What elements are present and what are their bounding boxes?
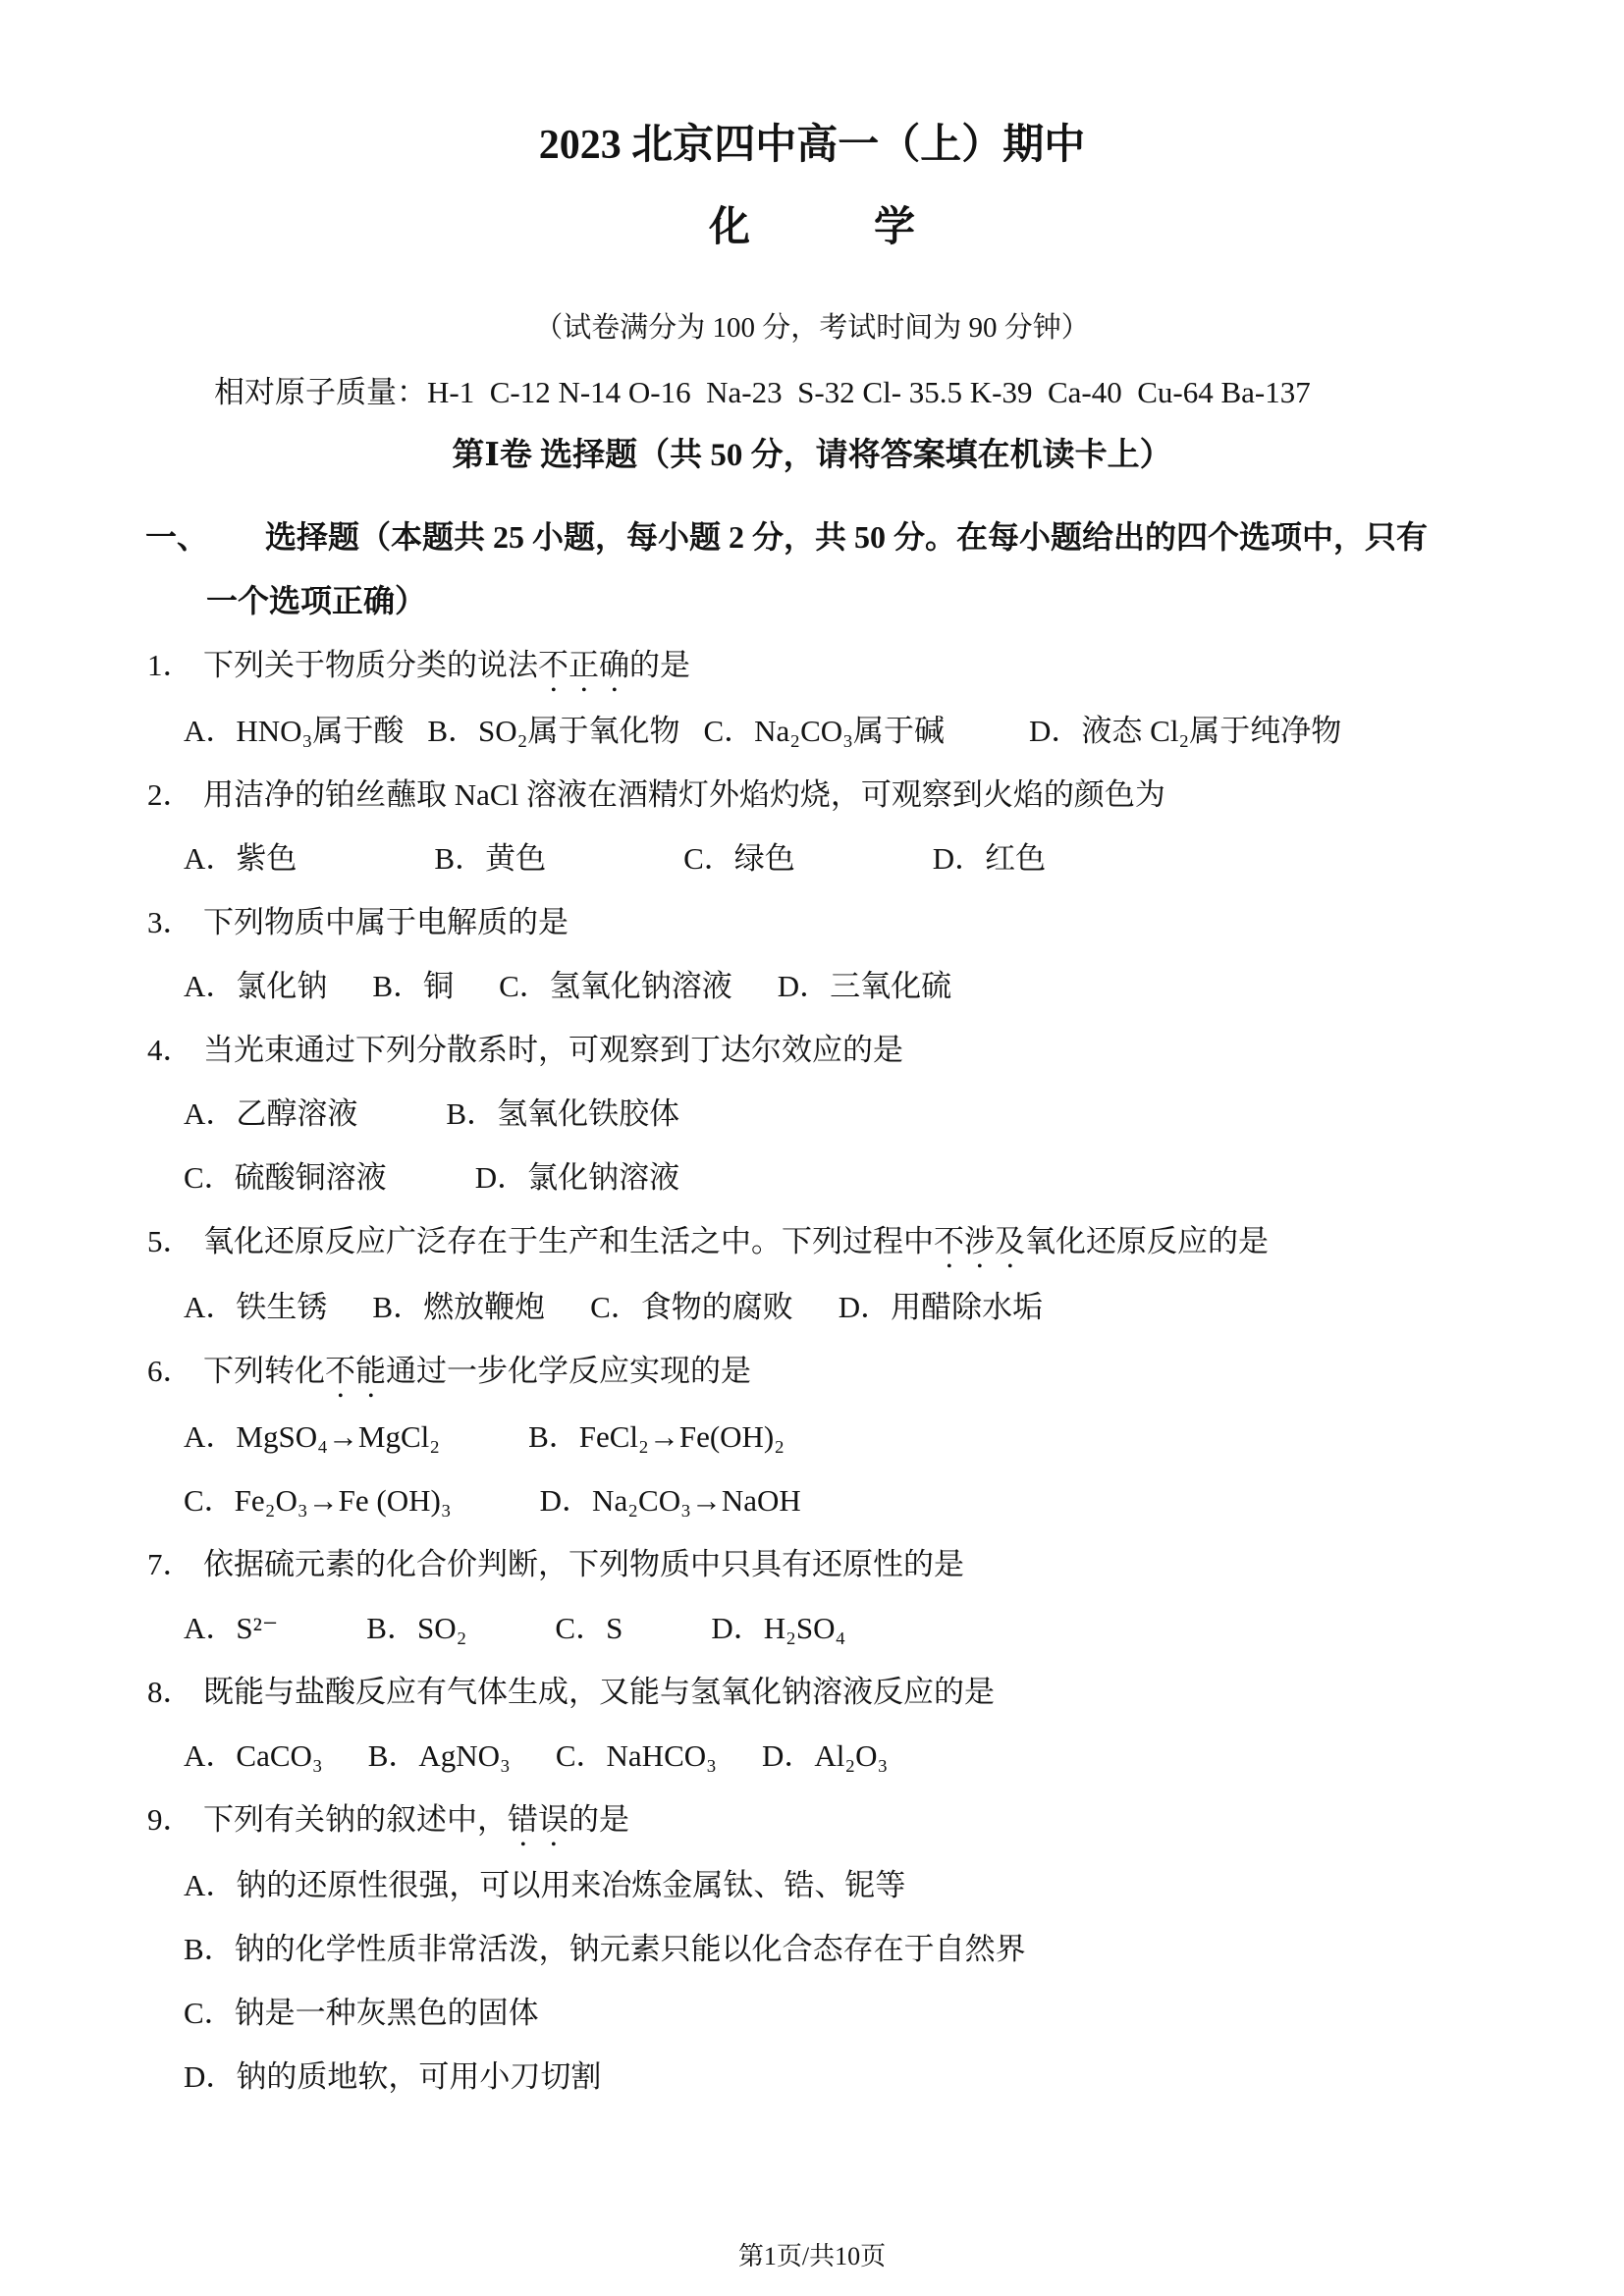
- option-d: D．氯化钠溶液: [475, 1146, 679, 1209]
- option-c: C．食物的腐败: [590, 1275, 793, 1339]
- instruction-number: 一、: [145, 506, 265, 569]
- question-9-option-b: B．钠的化学性质非常活泼，钠元素只能以化合态存在于自然界: [0, 1917, 1624, 1981]
- stem-emphasis: 不能: [325, 1354, 386, 1388]
- question-1: 1．下列关于物质分类的说法不正确的是: [0, 633, 1624, 699]
- option-a: A．HNO₃属于酸: [184, 699, 404, 763]
- option-b: B．钠的化学性质非常活泼，钠元素只能以化合态存在于自然界: [184, 1917, 1026, 1981]
- option-d: D．用醋除水垢: [839, 1275, 1043, 1339]
- page-indicator: 第1页/共10页: [0, 2236, 1624, 2272]
- section-title: 第Ⅰ卷 选择题（共 50 分，请将答案填在机读卡上）: [0, 424, 1624, 488]
- option-a: A．铁生锈: [184, 1275, 327, 1339]
- question-number: 3．: [147, 890, 203, 954]
- stem-text: 的是: [568, 1802, 629, 1837]
- question-4: 4．当光束通过下列分散系时，可观察到丁达尔效应的是: [0, 1018, 1624, 1082]
- option-c: C．NaHCO₃: [556, 1724, 717, 1788]
- option-d: D．Al₂O₃: [762, 1724, 888, 1788]
- question-9-option-a: A．钠的还原性很强，可以用来冶炼金属钛、锆、铌等: [0, 1853, 1624, 1917]
- question-6-options-row-1: A．MgSO₄→MgCl₂ B．FeCl₂→Fe(OH)₂: [0, 1405, 1624, 1468]
- question-number: 1．: [147, 633, 203, 697]
- option-d: D．H₂SO₄: [711, 1596, 845, 1660]
- question-stem: 下列有关钠的叙述中，错误的是: [203, 1802, 629, 1837]
- question-9: 9．下列有关钠的叙述中，错误的是: [0, 1788, 1624, 1853]
- option-a: A．氯化钠: [184, 954, 327, 1018]
- option-c: C．Na₂CO₃属于碱: [703, 699, 945, 763]
- option-d: D．钠的质地软，可用小刀切割: [184, 2045, 601, 2109]
- question-stem: 当光束通过下列分散系时，可观察到丁达尔效应的是: [203, 1033, 903, 1067]
- stem-emphasis: 不涉及: [934, 1224, 1025, 1258]
- option-a: A．S²⁻: [184, 1596, 278, 1660]
- option-c: C．硫酸铜溶液: [184, 1146, 387, 1209]
- stem-emphasis: 不正确: [538, 648, 629, 682]
- option-b: B．AgNO₃: [368, 1724, 511, 1788]
- option-d: D．Na₂CO₃→NaOH: [540, 1468, 801, 1532]
- question-stem: 氧化还原反应广泛存在于生产和生活之中。下列过程中不涉及氧化还原反应的是: [203, 1224, 1269, 1258]
- question-4-options-row-2: C．硫酸铜溶液 D．氯化钠溶液: [0, 1146, 1624, 1209]
- question-6: 6．下列转化不能通过一步化学反应实现的是: [0, 1339, 1624, 1405]
- question-9-option-d: D．钠的质地软，可用小刀切割: [0, 2045, 1624, 2109]
- option-b: B．铜: [372, 954, 454, 1018]
- question-1-options: A．HNO₃属于酸 B．SO₂属于氧化物 C．Na₂CO₃属于碱 D．液态 Cl…: [0, 699, 1624, 763]
- instructions-line-1: 一、选择题（本题共 25 小题，每小题 2 分，共 50 分。在每小题给出的四个…: [0, 506, 1624, 569]
- option-b: B．燃放鞭炮: [372, 1275, 545, 1339]
- option-a: A．紫色: [184, 827, 297, 890]
- option-a: A．乙醇溶液: [184, 1082, 357, 1146]
- option-c: C．钠是一种灰黑色的固体: [184, 1981, 539, 2045]
- instructions-line-2: 一个选项正确）: [0, 569, 1624, 633]
- question-5-options: A．铁生锈 B．燃放鞭炮 C．食物的腐败 D．用醋除水垢: [0, 1275, 1624, 1339]
- question-stem: 下列转化不能通过一步化学反应实现的是: [203, 1354, 751, 1388]
- instruction-text: 选择题（本题共 25 小题，每小题 2 分，共 50 分。在每小题给出的四个选项…: [265, 519, 1428, 555]
- exam-title: 2023 北京四中高一（上）期中: [0, 0, 1624, 171]
- question-3: 3．下列物质中属于电解质的是: [0, 890, 1624, 954]
- question-3-options: A．氯化钠 B．铜 C．氢氧化钠溶液 D．三氧化硫: [0, 954, 1624, 1018]
- option-a: A．CaCO₃: [184, 1724, 323, 1788]
- option-b: B．黄色: [434, 827, 546, 890]
- option-b: B．FeCl₂→Fe(OH)₂: [528, 1405, 785, 1468]
- question-number: 7．: [147, 1532, 203, 1596]
- option-a: A．MgSO₄→MgCl₂: [184, 1405, 440, 1468]
- question-6-options-row-2: C．Fe₂O₃→Fe (OH)₃ D．Na₂CO₃→NaOH: [0, 1468, 1624, 1532]
- question-2-options: A．紫色 B．黄色 C．绿色 D．红色: [0, 827, 1624, 890]
- stem-text: 氧化还原反应广泛存在于生产和生活之中。下列过程中: [203, 1224, 934, 1258]
- stem-text: 氧化还原反应的是: [1025, 1224, 1269, 1258]
- option-b: B．氢氧化铁胶体: [446, 1082, 679, 1146]
- exam-subject: 化 学: [0, 202, 1624, 253]
- option-c: C．S: [555, 1596, 623, 1660]
- question-number: 9．: [147, 1788, 203, 1851]
- stem-text: 下列有关钠的叙述中，: [203, 1802, 508, 1837]
- option-d: D．三氧化硫: [778, 954, 951, 1018]
- question-stem: 用洁净的铂丝蘸取 NaCl 溶液在酒精灯外焰灼烧，可观察到火焰的颜色为: [203, 777, 1165, 812]
- option-d: D．红色: [933, 827, 1046, 890]
- question-9-option-c: C．钠是一种灰黑色的固体: [0, 1981, 1624, 2045]
- question-number: 5．: [147, 1209, 203, 1273]
- question-8-options: A．CaCO₃ B．AgNO₃ C．NaHCO₃ D．Al₂O₃: [0, 1724, 1624, 1788]
- question-number: 8．: [147, 1660, 203, 1724]
- option-a: A．钠的还原性很强，可以用来冶炼金属钛、锆、铌等: [184, 1853, 905, 1917]
- option-b: B．SO₂属于氧化物: [427, 699, 679, 763]
- option-c: C．氢氧化钠溶液: [499, 954, 732, 1018]
- question-stem: 既能与盐酸反应有气体生成，又能与氢氧化钠溶液反应的是: [203, 1675, 995, 1709]
- question-5: 5．氧化还原反应广泛存在于生产和生活之中。下列过程中不涉及氧化还原反应的是: [0, 1209, 1624, 1275]
- question-4-options-row-1: A．乙醇溶液 B．氢氧化铁胶体: [0, 1082, 1624, 1146]
- question-stem: 下列关于物质分类的说法不正确的是: [203, 648, 690, 682]
- question-number: 4．: [147, 1018, 203, 1082]
- option-d: D．液态 Cl₂属于纯净物: [1029, 699, 1341, 763]
- question-2: 2．用洁净的铂丝蘸取 NaCl 溶液在酒精灯外焰灼烧，可观察到火焰的颜色为: [0, 763, 1624, 827]
- question-7-options: A．S²⁻ B．SO₂ C．S D．H₂SO₄: [0, 1596, 1624, 1660]
- question-8: 8．既能与盐酸反应有气体生成，又能与氢氧化钠溶液反应的是: [0, 1660, 1624, 1724]
- stem-text: 通过一步化学反应实现的是: [386, 1354, 751, 1388]
- question-number: 2．: [147, 763, 203, 827]
- exam-info: （试卷满分为 100 分，考试时间为 90 分钟）: [0, 296, 1624, 360]
- option-c: C．绿色: [683, 827, 795, 890]
- stem-emphasis: 错误: [508, 1802, 568, 1837]
- question-7: 7．依据硫元素的化合价判断，下列物质中只具有还原性的是: [0, 1532, 1624, 1596]
- exam-paper-page: 2023 北京四中高一（上）期中 化 学 （试卷满分为 100 分，考试时间为 …: [0, 0, 1624, 2296]
- option-b: B．SO₂: [366, 1596, 466, 1660]
- question-stem: 下列物质中属于电解质的是: [203, 905, 568, 939]
- question-number: 6．: [147, 1339, 203, 1403]
- question-stem: 依据硫元素的化合价判断，下列物质中只具有还原性的是: [203, 1547, 964, 1581]
- atomic-masses: 相对原子质量：H-1 C-12 N-14 O-16 Na-23 S-32 Cl-…: [0, 360, 1624, 424]
- stem-text: 的是: [629, 648, 690, 682]
- stem-text: 下列转化: [203, 1354, 325, 1388]
- stem-text: 下列关于物质分类的说法: [203, 648, 538, 682]
- option-c: C．Fe₂O₃→Fe (OH)₃: [184, 1468, 452, 1532]
